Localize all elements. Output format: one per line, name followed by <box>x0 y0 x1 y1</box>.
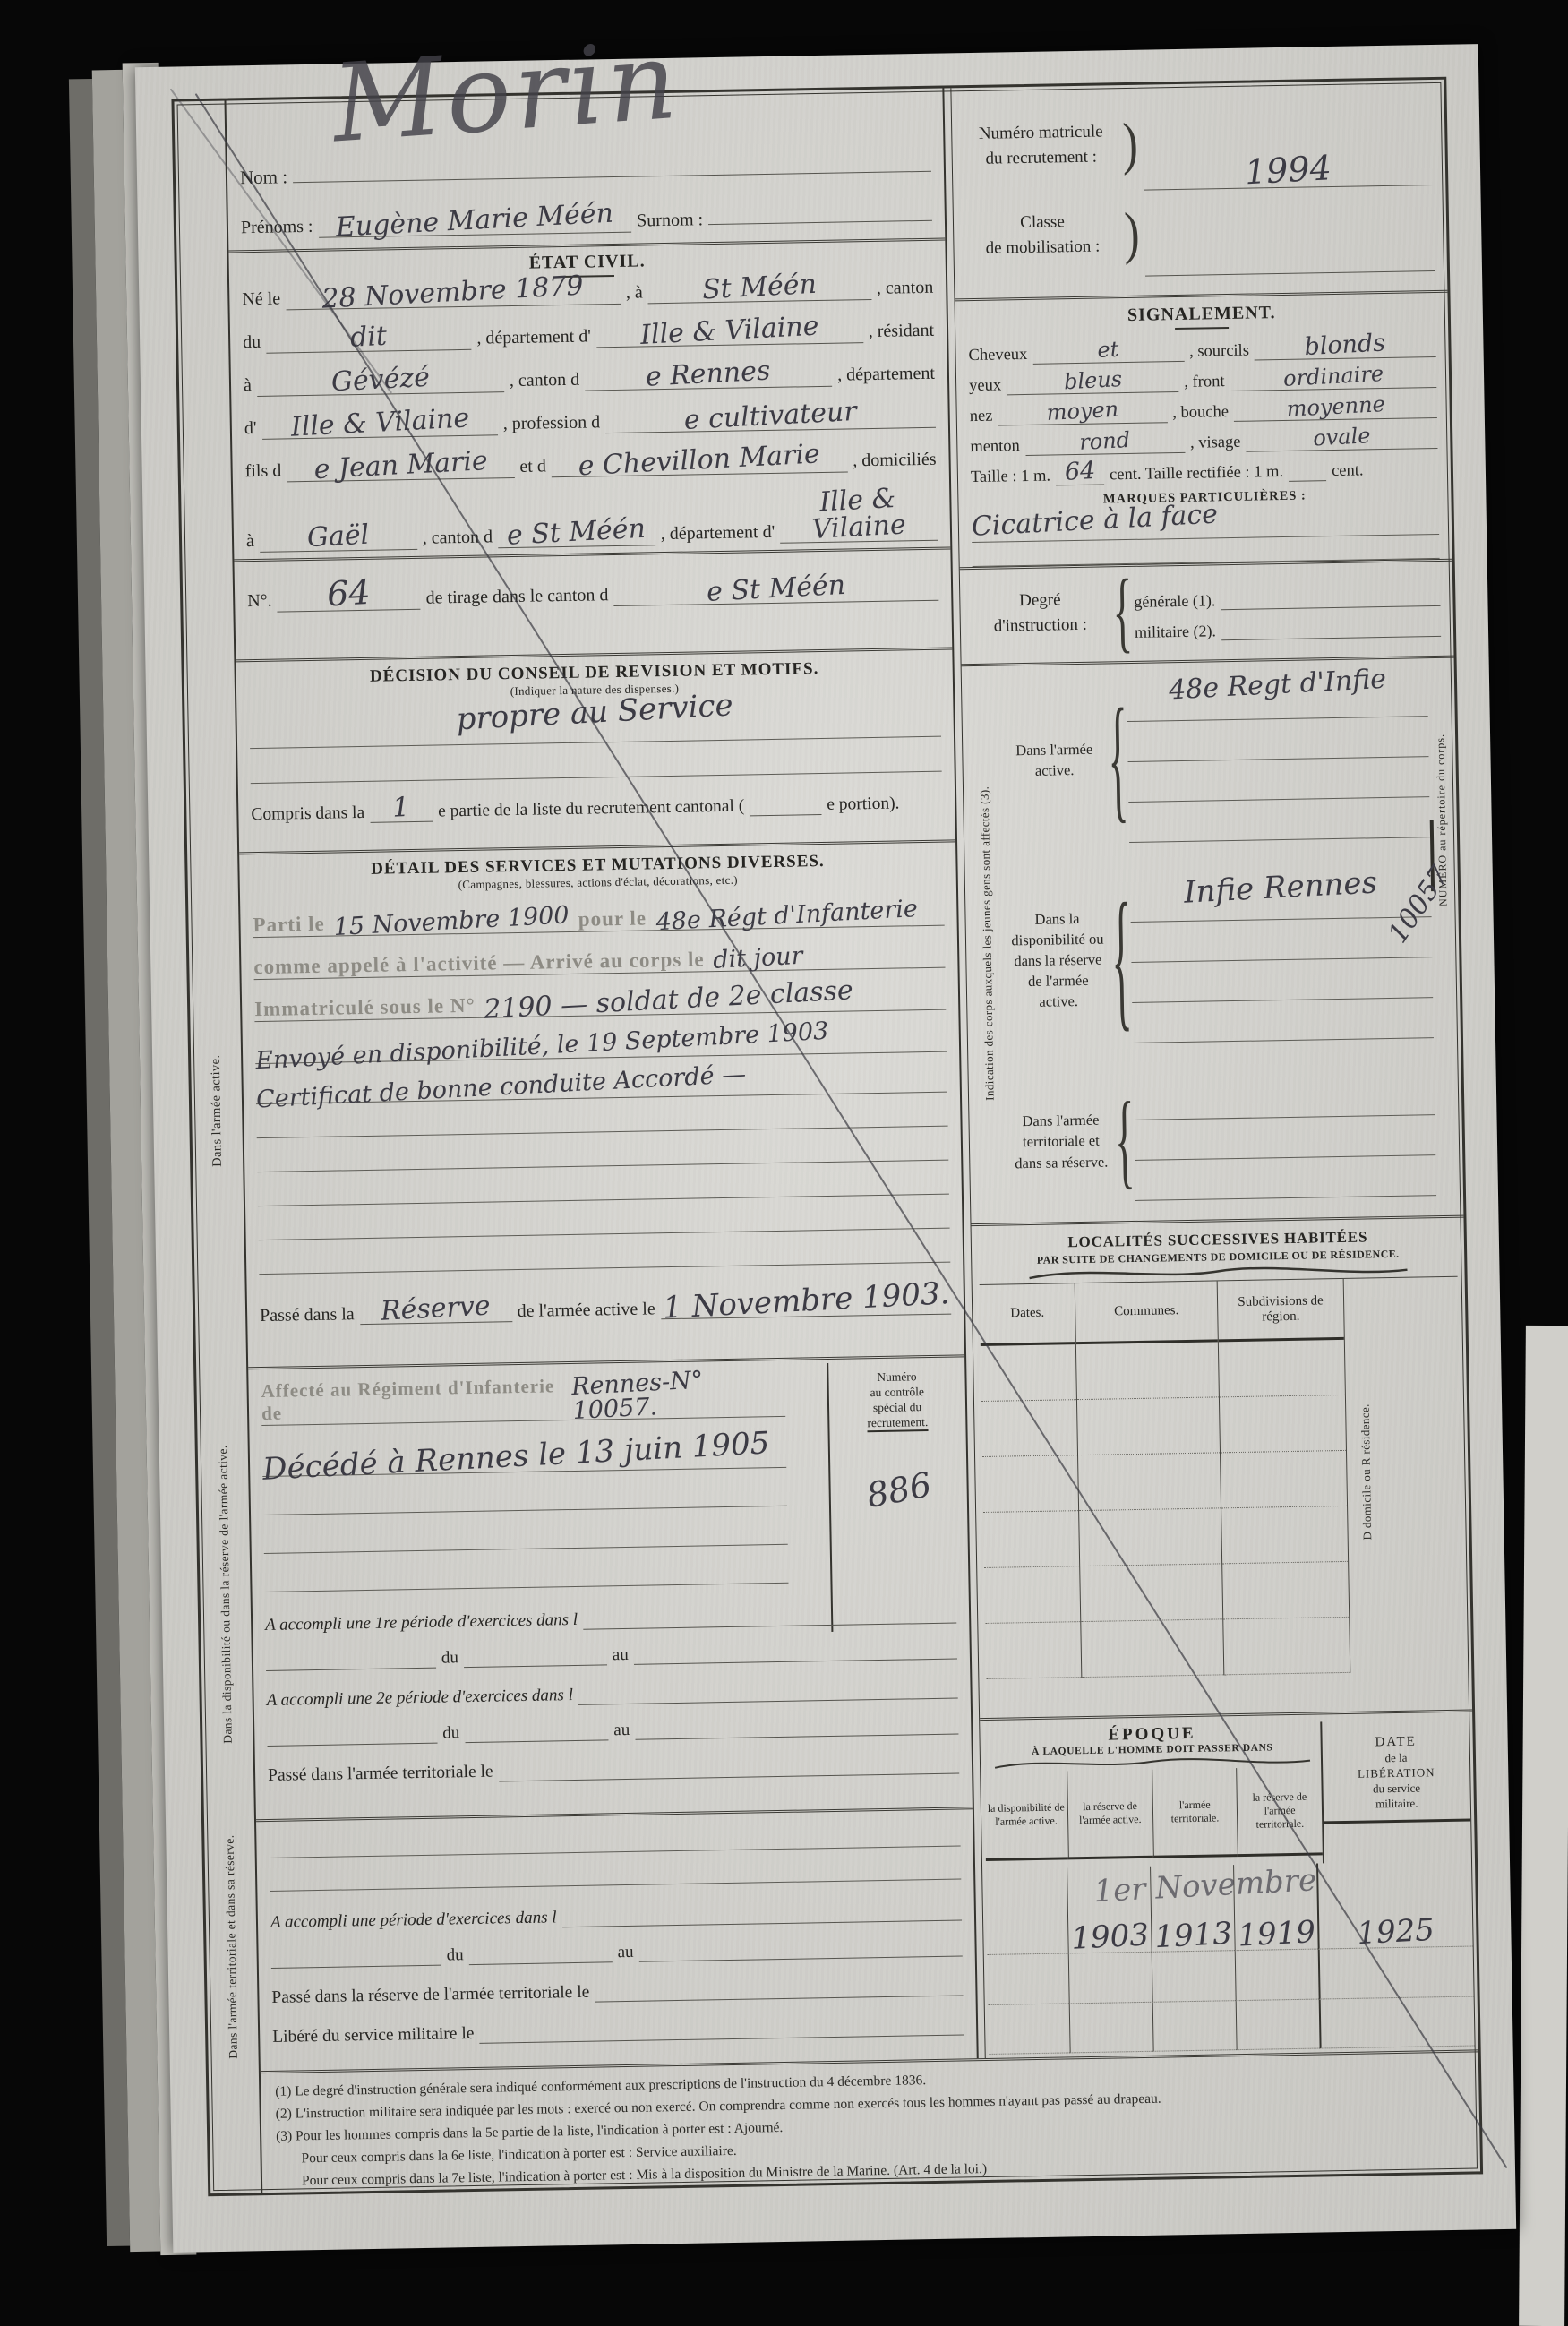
generale-label: générale (1). <box>1134 591 1215 612</box>
col-communes: Communes. <box>1075 1281 1218 1344</box>
birth-date-value: 28 Novembre 1879 <box>321 272 585 313</box>
canton2-value: e Rennes <box>646 358 772 391</box>
next-page-edge <box>1519 1326 1568 2326</box>
matricule-box: Numéro matricule du recrutement : 1994 C… <box>951 80 1447 302</box>
blank-line <box>1132 998 1434 1043</box>
menton-label: menton <box>970 437 1020 457</box>
footnotes: (1) Le degré d'instruction générale sera… <box>261 2049 1480 2193</box>
du-label2: du <box>442 1723 459 1743</box>
epoque-y-reserve-terr: 1919 <box>1237 1917 1315 1951</box>
table-cell <box>1152 2001 1237 2052</box>
departement-label: , département d' <box>476 326 591 348</box>
signalement-section: SIGNALEMENT. Cheveux et , sourcils blond… <box>955 293 1452 571</box>
col-dates: Dates. <box>980 1283 1075 1346</box>
table-cell <box>1221 1451 1347 1508</box>
front-label: , front <box>1184 373 1225 392</box>
au-label1: au <box>613 1645 629 1665</box>
localites-table: Dates. Communes. <box>980 1276 1465 1679</box>
brace-ornament <box>1124 207 1140 260</box>
table-cell <box>1081 1619 1223 1678</box>
col-territoriale: l'armée territoriale. <box>1152 1768 1238 1858</box>
table-cell <box>1319 1997 1475 2049</box>
residence-a-label: à <box>244 375 252 396</box>
militaire-label: militaire (2). <box>1135 622 1216 642</box>
epoque-y-reserve: 1903 <box>1070 1919 1149 1953</box>
parti-stamp: Parti le <box>253 913 325 937</box>
taille-value: 64 <box>1064 459 1096 485</box>
table-cell <box>1078 1453 1221 1511</box>
table-cell <box>986 1867 1068 1955</box>
numero-label: N°. <box>247 591 272 612</box>
compris-label3: e portion). <box>827 794 900 815</box>
reserve-section: Numéro au contrôle spécial du recrutemen… <box>248 1357 973 1822</box>
d-label: d' <box>244 418 257 439</box>
table-cell <box>983 1511 1079 1568</box>
corps-dispo-value: Infie Rennes <box>1183 867 1378 907</box>
sourcils-label: , sourcils <box>1189 342 1249 362</box>
col-reserve-territoriale: la réserve de l'armée territoriale. <box>1236 1766 1322 1857</box>
table-cell <box>981 1344 1076 1402</box>
instruction-label: d'instruction : <box>973 612 1108 639</box>
libere-label: Libéré du service militaire le <box>272 2024 475 2047</box>
table-cell <box>985 1622 1081 1679</box>
yeux-label: yeux <box>969 376 1001 396</box>
immatricule-stamp: Immatriculé sous le N° <box>254 994 476 1021</box>
affecte-stamp: Affecté au Régiment d'Infanterie de <box>261 1375 565 1425</box>
taille-rect-label: cent. Taille rectifiée : 1 m. <box>1110 463 1283 485</box>
cheveux-label: Cheveux <box>968 346 1027 365</box>
blank-line <box>1135 1155 1436 1201</box>
bouche-value: moyenne <box>1286 393 1385 420</box>
compris-label2: e partie de la liste du recrutement cant… <box>438 797 745 822</box>
tirage-canton-value: e St Méén <box>707 572 846 606</box>
matricule-label2: du recrutement : <box>965 144 1118 172</box>
left-column: Nom : Prénoms : Eugène Marie Méén Surnom… <box>226 89 976 2072</box>
departement-value: Ille & Vilaine <box>639 313 819 349</box>
table-cell <box>1236 2000 1320 2051</box>
blank-line <box>1127 717 1429 762</box>
nez-value: moyen <box>1046 399 1119 424</box>
du-label: du <box>243 332 261 353</box>
surnom-label: Surnom : <box>637 210 703 231</box>
right-column: Numéro matricule du recrutement : 1994 C… <box>951 80 1478 2058</box>
visage-value: ovale <box>1313 425 1371 449</box>
blank-line <box>1128 757 1430 803</box>
degre-label: Degré <box>973 587 1107 614</box>
departement2-label: , département <box>837 364 935 386</box>
table-cell <box>1222 1562 1349 1619</box>
canton-label: , canton <box>877 278 934 299</box>
blank-line <box>1128 797 1430 843</box>
sourcils-value: blonds <box>1304 330 1386 359</box>
date-liberation-label5: militaire. <box>1324 1795 1470 1813</box>
au-label3: au <box>617 1943 633 1962</box>
table-cell <box>1220 1395 1346 1453</box>
departement4-label: , département d' <box>661 522 775 545</box>
du-label1: du <box>441 1648 458 1668</box>
col-reserve-active: la réserve de l'armée active. <box>1067 1770 1152 1860</box>
residant-label: , résidant <box>869 321 935 342</box>
visage-label: , visage <box>1190 433 1241 453</box>
corps-dispo-label: Dans la disponibilité ou dans la réserve… <box>1007 907 1109 1012</box>
departement4-value: Ille & Vilaine <box>778 484 938 545</box>
table-cell <box>1221 1506 1348 1564</box>
table-cell <box>1223 1618 1350 1675</box>
cent-label: cent. <box>1332 461 1364 481</box>
compris-label: Compris dans la <box>251 803 364 825</box>
instruction-section: Degré d'instruction : { générale (1). <box>960 562 1454 667</box>
blank-line <box>1131 957 1433 1003</box>
domicile-value: Gaël <box>306 522 370 553</box>
corps-active-value: 48e Regt d'Infie <box>1168 666 1386 705</box>
portion-line <box>750 814 821 816</box>
epoque-y-liberation: 1925 <box>1357 1915 1435 1949</box>
compris-value: 1 <box>392 794 411 822</box>
table-cell <box>1077 1397 1220 1455</box>
canton2-label: , canton d <box>510 370 580 391</box>
militaire-line <box>1221 636 1441 640</box>
pour-le-stamp: pour le <box>578 906 647 931</box>
armee-active-label: de l'armée active le <box>517 1299 655 1322</box>
table-cell <box>1219 1340 1345 1397</box>
nez-label: nez <box>970 408 993 426</box>
dit-jour-value: dit jour <box>713 944 804 973</box>
table-cell <box>989 2004 1070 2055</box>
table-cell <box>1080 1564 1222 1622</box>
taille-rect-line <box>1289 480 1326 482</box>
domicilies-label: , domiciliés <box>853 450 937 472</box>
territoriale-section: A accompli une période d'exercices dans … <box>256 1809 977 2071</box>
table-cell <box>1079 1508 1221 1566</box>
tirage-value: 64 <box>326 575 371 611</box>
birth-place-value: St Méén <box>702 271 818 305</box>
passe-reserve-label: Passé dans la <box>260 1304 355 1326</box>
ne-le-label: Né le <box>242 288 280 310</box>
epoque-y-territoriale: 1913 <box>1153 1918 1232 1953</box>
photo-of-register-page: Morin Dans l'armée active. Dans la dispo… <box>0 0 1568 2326</box>
matricule-form: Dans l'armée active. Dans la disponibili… <box>171 77 1483 2196</box>
matricule-value: 1994 <box>1244 150 1332 189</box>
et-de-label: et d <box>519 456 546 477</box>
menton-value: rond <box>1079 429 1131 453</box>
table-cell <box>1235 1950 1319 2002</box>
prenoms-value: Eugène Marie Méén <box>336 201 614 242</box>
side-label-disponibilite: Dans la disponibilité ou dans la réserve… <box>201 1374 249 1814</box>
passe-territoriale-line <box>499 1773 959 1782</box>
corps-side-right: NUMÉRO au répertoire du corps. <box>1420 673 1465 969</box>
a-label: , à <box>626 282 643 303</box>
classe-label: Classe <box>966 210 1118 237</box>
blank-line <box>1134 1075 1435 1120</box>
libere-line <box>480 2034 964 2043</box>
table-cell <box>1152 1951 1236 2003</box>
corps-section: Indication des corps auxquels les jeunes… <box>962 658 1464 1227</box>
register-sheet: Morin Dans l'armée active. Dans la dispo… <box>135 44 1516 2253</box>
du-label3: du <box>446 1945 463 1965</box>
canton3-value: e St Méén <box>507 516 647 550</box>
au-label2: au <box>613 1721 630 1740</box>
taille-label: Taille : 1 m. <box>971 468 1050 488</box>
domicile-a-label: à <box>246 531 254 552</box>
front-value: ordinaire <box>1282 363 1384 390</box>
side-label-territoriale: Dans l'armée territoriale et dans sa rés… <box>210 1826 253 2067</box>
blank-line <box>1135 1115 1436 1161</box>
affecte-value: Rennes-N° 10057. <box>571 1364 786 1423</box>
services-section: DÉTAIL DES SERVICES ET MUTATIONS DIVERSE… <box>239 842 964 1369</box>
fils-de-label: fils d <box>245 460 282 482</box>
passe-reserve-value: Réserve <box>381 1292 492 1325</box>
col-domicile-residence: D domicile ou R résidence. <box>1348 1283 1386 1661</box>
table-cell <box>1069 2003 1153 2054</box>
yeux-value: bleus <box>1063 368 1122 392</box>
header-rule <box>1324 1819 1470 1824</box>
classe-line <box>1145 270 1435 277</box>
controle-label4: recrutement. <box>867 1414 928 1432</box>
corps-terr-label: Dans l'armée territoriale et dans sa rés… <box>1010 1110 1111 1173</box>
profession-value: e cultivateur <box>683 399 857 434</box>
controle-label3: spécial du <box>829 1398 965 1416</box>
localites-section: LOCALITÉS SUCCESSIVES HABITÉES PAR SUITE… <box>972 1218 1473 1721</box>
corps-active-label: Dans l'armée active. <box>1004 738 1105 781</box>
col-disponibilite: la disponibilité de l'armée active. <box>984 1771 1067 1861</box>
brace-ornament <box>1122 117 1138 170</box>
profession-label: , profession d <box>503 412 601 434</box>
controle-number: 886 <box>863 1467 933 1513</box>
etat-civil-section: ÉTAT CIVIL. Né le 28 Novembre 1879 , à S… <box>228 241 950 562</box>
cheveux-value: et <box>1097 339 1119 361</box>
table-cell <box>981 1400 1077 1457</box>
departement3-value: Ille & Vilaine <box>290 405 470 441</box>
decision-section: DÉCISION DU CONSEIL DE REVISION ET MOTIF… <box>236 649 955 854</box>
passe-territoriale-label: Passé dans l'armée territoriale le <box>268 1763 493 1786</box>
table-cell <box>1076 1342 1219 1400</box>
classe-label2: de mobilisation : <box>966 234 1118 262</box>
table-cell <box>1068 1953 1152 2004</box>
side-label-armee-active: Dans l'armée active. <box>193 858 241 1365</box>
controle-special-box: Numéro au contrôle spécial du recrutemen… <box>827 1360 969 1632</box>
matricule-label: Numéro matricule <box>964 120 1117 148</box>
surname-script: Morin <box>329 19 684 167</box>
tirage-section: N°. 64 de tirage dans le canton d e St M… <box>234 549 952 662</box>
col-subdivisions: Subdivisions de région. <box>1218 1279 1344 1342</box>
table-cell <box>988 1953 1069 2005</box>
surnom-line <box>708 220 932 225</box>
passe-reserve-date: 1 Novembre 1903. <box>662 1278 950 1324</box>
table-cell <box>982 1455 1078 1513</box>
father-value: e Jean Marie <box>313 448 488 484</box>
table-cell <box>984 1566 1080 1624</box>
signalement-title: SIGNALEMENT. <box>968 300 1435 329</box>
bouche-label: , bouche <box>1172 403 1229 423</box>
